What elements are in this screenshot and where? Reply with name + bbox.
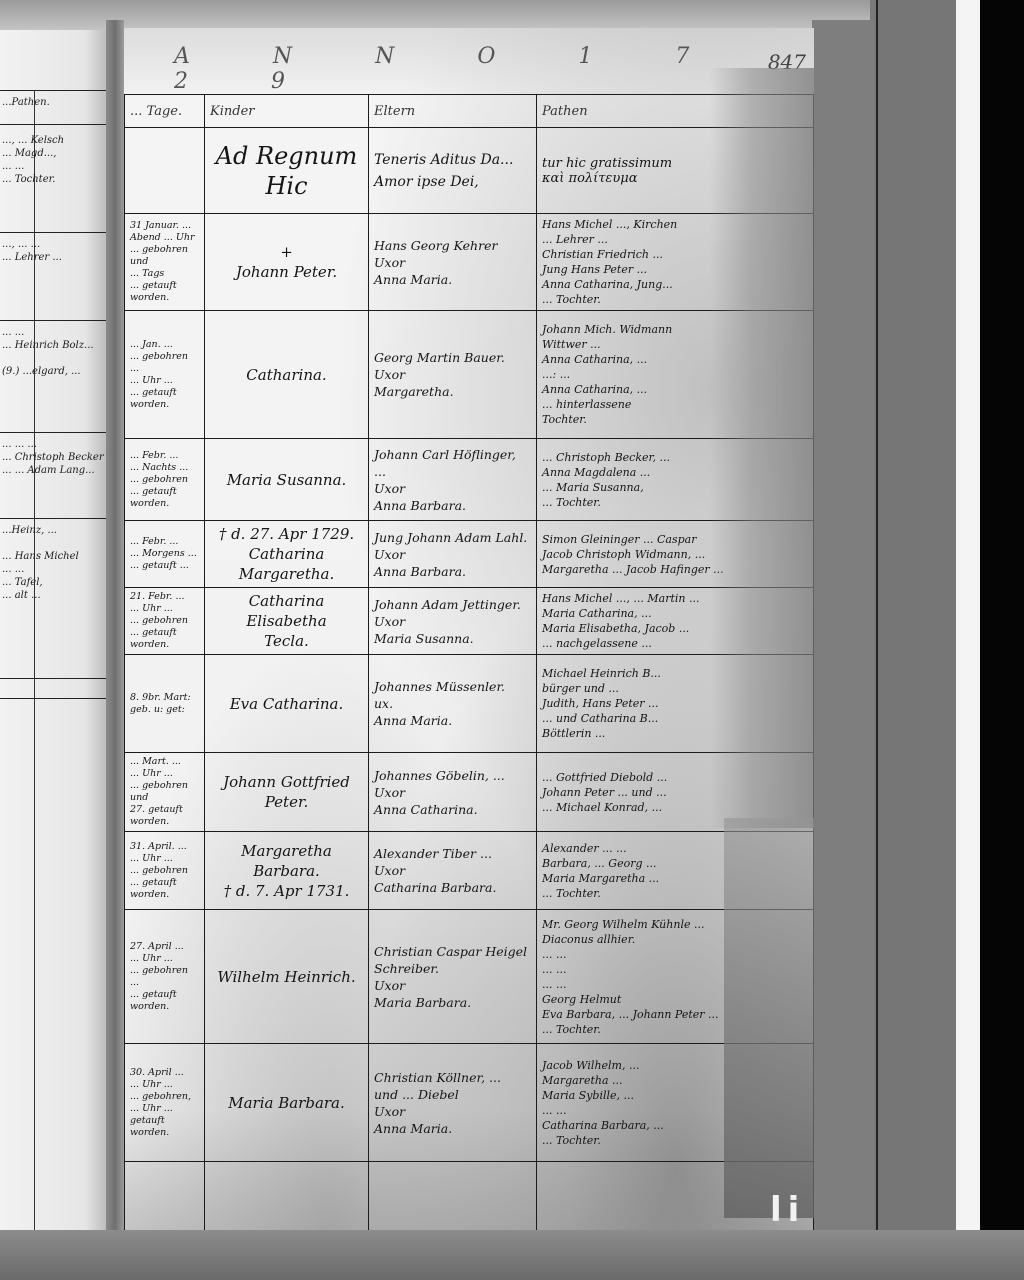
sponsors-names: ... Christoph Becker, ... Anna Magdalena… [537, 439, 814, 521]
parents-names: Christian Caspar Heigel Schreiber. Uxor … [369, 910, 537, 1044]
column-header-date: ... Tage. [125, 95, 205, 128]
baptism-date: ... Febr. ... ... Nachts ... ... gebohre… [125, 439, 205, 521]
column-header-sponsors: Pathen [537, 95, 814, 128]
baptism-date: ... Febr. ... ... Morgens ... ... getauf… [125, 521, 205, 588]
motto-text: Ad Regnum Hic [205, 128, 369, 214]
parents-names: Jung Johann Adam Lahl. Uxor Anna Barbara… [369, 521, 537, 588]
left-page-rule [0, 678, 106, 679]
child-name: Eva Catharina. [205, 655, 369, 753]
child-name: Maria Barbara. [205, 1044, 369, 1162]
table-row: 8. 9br. Mart: geb. u: get: Eva Catharina… [125, 655, 814, 753]
table-row: 27. April ... ... Uhr ... ... gebohren .… [125, 910, 814, 1044]
baptism-date: 31 Januar. ... Abend ... Uhr ... gebohre… [125, 214, 205, 311]
scan-frame-bottom [0, 1230, 1024, 1280]
scan-frame-top [0, 0, 870, 30]
column-header-parents: Eltern [369, 95, 537, 128]
table-row: ... Mart. ... ... Uhr ... ... gebohren u… [125, 753, 814, 832]
baptism-date: 27. April ... ... Uhr ... ... gebohren .… [125, 910, 205, 1044]
baptism-date: 8. 9br. Mart: geb. u: get: [125, 655, 205, 753]
baptism-date: ... Jan. ... ... gebohren ... ... Uhr ..… [125, 311, 205, 439]
page-edge-shadow [812, 20, 874, 1260]
parents-names: Johann Carl Höflinger, ... Uxor Anna Bar… [369, 439, 537, 521]
table-row: 31. April. ... ... Uhr ... ... gebohren … [125, 832, 814, 910]
scanner-board [876, 0, 958, 1280]
sponsors-names: ... Gottfried Diebold ... Johann Peter .… [537, 753, 814, 832]
parents-names: Christian Köllner, ... und ... Diebel Ux… [369, 1044, 537, 1162]
child-name: Margaretha Barbara. † d. 7. Apr 1731. [205, 832, 369, 910]
left-page-fragment: ...Pathen. ..., ... Kelsch ... Magd..., … [0, 30, 106, 1230]
book-gutter [106, 20, 124, 1230]
film-border-white [956, 0, 980, 1280]
baptism-date: 30. April ... ... Uhr ... ... gebohren, … [125, 1044, 205, 1162]
child-name: † d. 27. Apr 1729. Catharina Margaretha. [205, 521, 369, 588]
child-name: Johann Gottfried Peter. [205, 753, 369, 832]
left-page-rule [0, 124, 106, 125]
left-page-rule [0, 698, 106, 699]
child-name: Catharina Elisabetha Tecla. [205, 588, 369, 655]
table-row: 21. Febr. ... ... Uhr ... ... gebohren .… [125, 588, 814, 655]
page-header-year: A N N O 1 7 2 9 [174, 44, 734, 94]
motto-row: Ad Regnum Hic Teneris Aditus Da... Amor … [125, 128, 814, 214]
left-page-header: ...Pathen. [2, 96, 106, 109]
left-page-fragment-text: ..., ... ... ... Lehrer ... [2, 238, 106, 264]
column-header-row: ... Tage. Kinder Eltern Pathen [125, 95, 814, 128]
parents-names: Alexander Tiber ... Uxor Catharina Barba… [369, 832, 537, 910]
sponsors-names: Simon Gleininger ... Caspar Jacob Christ… [537, 521, 814, 588]
baptism-date: ... Mart. ... ... Uhr ... ... gebohren u… [125, 753, 205, 832]
baptism-date: 21. Febr. ... ... Uhr ... ... gebohren .… [125, 588, 205, 655]
left-page-rule [0, 90, 106, 91]
sponsors-names: Hans Michel ..., Kirchen ... Lehrer ... … [537, 214, 814, 311]
register-page: A N N O 1 7 2 9 847 ... Tage. Kinder Elt… [124, 28, 814, 1230]
child-name: Wilhelm Heinrich. [205, 910, 369, 1044]
left-page-rule [0, 232, 106, 233]
left-page-fragment-text: ...Heinz, ... ... Hans Michel ... ... ..… [2, 524, 106, 602]
parents-names: Georg Martin Bauer. Uxor Margaretha. [369, 311, 537, 439]
film-marks: li [770, 1190, 805, 1230]
child-name: Catharina. [205, 311, 369, 439]
folio-number: 847 [768, 50, 806, 74]
sponsors-names: Jacob Wilhelm, ... Margaretha ... Maria … [537, 1044, 814, 1162]
motto-text: Teneris Aditus Da... Amor ipse Dei, [369, 128, 537, 214]
motto-text: tur hic gratissimum καὶ πολίτευμα [537, 128, 814, 214]
child-name: Maria Susanna. [205, 439, 369, 521]
parents-names: Johann Adam Jettinger. Uxor Maria Susann… [369, 588, 537, 655]
left-page-rule [0, 432, 106, 433]
baptism-date: 31. April. ... ... Uhr ... ... gebohren … [125, 832, 205, 910]
table-row: ... Jan. ... ... gebohren ... ... Uhr ..… [125, 311, 814, 439]
left-page-fragment-text: ..., ... Kelsch ... Magd..., ... ... ...… [2, 134, 106, 186]
left-page-fragment-text: ... ... ... ... Christoph Becker ... ...… [2, 438, 106, 477]
table-row: ... Febr. ... ... Nachts ... ... gebohre… [125, 439, 814, 521]
motto-date-cell [125, 128, 205, 214]
left-page-fragment-text: ... ... ... Heinrich Bolz... (9.) ...elg… [2, 326, 106, 378]
baptism-register-table: ... Tage. Kinder Eltern Pathen Ad Regnum… [124, 94, 814, 1252]
sponsors-names: Mr. Georg Wilhelm Kühnle ... Diaconus al… [537, 910, 814, 1044]
left-page-rule [0, 320, 106, 321]
sponsors-names: Alexander ... ... Barbara, ... Georg ...… [537, 832, 814, 910]
parents-names: Hans Georg Kehrer Uxor Anna Maria. [369, 214, 537, 311]
parents-names: Johannes Göbelin, ... Uxor Anna Catharin… [369, 753, 537, 832]
left-page-rule [0, 518, 106, 519]
parents-names: Johannes Müssenler. ux. Anna Maria. [369, 655, 537, 753]
table-row: 30. April ... ... Uhr ... ... gebohren, … [125, 1044, 814, 1162]
table-row: ... Febr. ... ... Morgens ... ... getauf… [125, 521, 814, 588]
column-header-child: Kinder [205, 95, 369, 128]
child-name: + Johann Peter. [205, 214, 369, 311]
sponsors-names: Michael Heinrich B... bürger und ... Jud… [537, 655, 814, 753]
table-row: 31 Januar. ... Abend ... Uhr ... gebohre… [125, 214, 814, 311]
sponsors-names: Hans Michel ..., ... Martin ... Maria Ca… [537, 588, 814, 655]
film-border-black [980, 0, 1024, 1280]
sponsors-names: Johann Mich. Widmann Wittwer ... Anna Ca… [537, 311, 814, 439]
